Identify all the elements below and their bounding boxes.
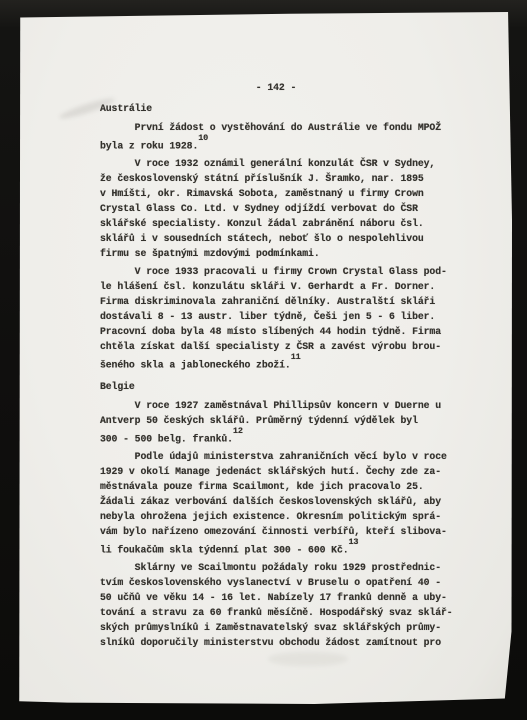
text-line: firmu se špatnými mzdovými podmínkami. (100, 246, 466, 261)
paper-page: - 142 - Austrálie První žádost o vystěho… (18, 12, 512, 704)
paragraph: Podle údajů ministerstva zahraničních vě… (100, 449, 466, 557)
text-line: tování a stravu za 60 franků měsíčně. Ho… (100, 605, 466, 620)
text-line: městnávala pouze firma Scailmont, kde ji… (100, 479, 466, 494)
text-line: Podle údajů ministerstva zahraničních vě… (100, 449, 466, 464)
text-line: V roce 1932 oznámil generální konzulát Č… (100, 156, 466, 171)
text-line: 50 učňů ve věku 14 - 16 let. Nabízely 17… (100, 590, 466, 605)
scan-background: - 142 - Austrálie První žádost o vystěho… (0, 0, 527, 720)
footnote-ref: 11 (291, 352, 301, 362)
text-line: sklářů i v sousedních státech, neboť šlo… (100, 231, 466, 246)
text-line: Sklárny ve Scailmontu požádaly roku 1929… (100, 560, 466, 575)
text-line: 300 - 500 belg. franků.12 (100, 428, 466, 446)
text-line: le hlášení čsl. konzulátu skláři V. Gerh… (100, 279, 466, 294)
text-line: v Hmíšti, okr. Rimavská Sobota, zaměstna… (100, 186, 466, 201)
paragraph: První žádost o vystěhování do Austrálie … (100, 120, 466, 153)
paragraph: V roce 1932 oznámil generální konzulát Č… (100, 156, 466, 261)
text-line: tvím československého vyslanectví v Brus… (100, 575, 466, 590)
text-line: První žádost o vystěhování do Austrálie … (100, 120, 466, 135)
text-line: Antverp 50 českých sklářů. Průměrný týde… (100, 413, 466, 428)
text-line: sklářské specialisty. Konzul žádal zabrá… (100, 216, 466, 231)
page-number: - 142 - (100, 80, 452, 95)
text-line: Crystal Glass Co. Ltd. v Sydney odjíždí … (100, 201, 466, 216)
text-line: ských průmyslníků i Zaměstnavatelský sva… (100, 620, 466, 635)
text-line: byla z roku 1928.10 (100, 135, 466, 153)
text-line: chtěla získat další specialisty z ČSR a … (100, 339, 466, 354)
text-line: Pracovní doba byla 48 místo slíbených 44… (100, 324, 466, 339)
footnote-ref: 10 (198, 133, 208, 143)
footnote-ref: 13 (349, 537, 359, 547)
paragraph: V roce 1933 pracovali u firmy Crown Crys… (100, 264, 466, 372)
text-line: 1929 v okolí Manage jedenáct sklářských … (100, 464, 466, 479)
paragraph: Sklárny ve Scailmontu požádaly roku 1929… (100, 560, 466, 650)
text-line: dostávali 8 - 13 austr. liber týdně, Češ… (100, 309, 466, 324)
text-line: vám bylo nařízeno omezování činnosti ver… (100, 524, 466, 539)
section-heading: Belgie (100, 379, 466, 394)
paragraph: V roce 1927 zaměstnával Phillipsův konce… (100, 398, 466, 446)
text-line: že československý státní příslušník J. Š… (100, 171, 466, 186)
text-line: Firma diskriminovala zahraniční dělníky.… (100, 294, 466, 309)
document-body: Austrálie První žádost o vystěhování do … (100, 101, 466, 650)
text-line: nebyla ohrožena jejich existence. Okresn… (100, 509, 466, 524)
footnote-ref: 12 (233, 426, 243, 436)
text-line: Žádali zákaz verbování dalších českoslov… (100, 494, 466, 509)
section-heading: Austrálie (100, 101, 466, 116)
paper-stain (268, 652, 348, 666)
text-line: šeného skla a jabloneckého zboží.11 (100, 354, 466, 372)
text-line: li foukačům skla týdenní plat 300 - 600 … (100, 539, 466, 557)
text-line: slníků doporučily ministerstvu obchodu ž… (100, 635, 466, 650)
text-line: V roce 1927 zaměstnával Phillipsův konce… (100, 398, 466, 413)
text-line: V roce 1933 pracovali u firmy Crown Crys… (100, 264, 466, 279)
